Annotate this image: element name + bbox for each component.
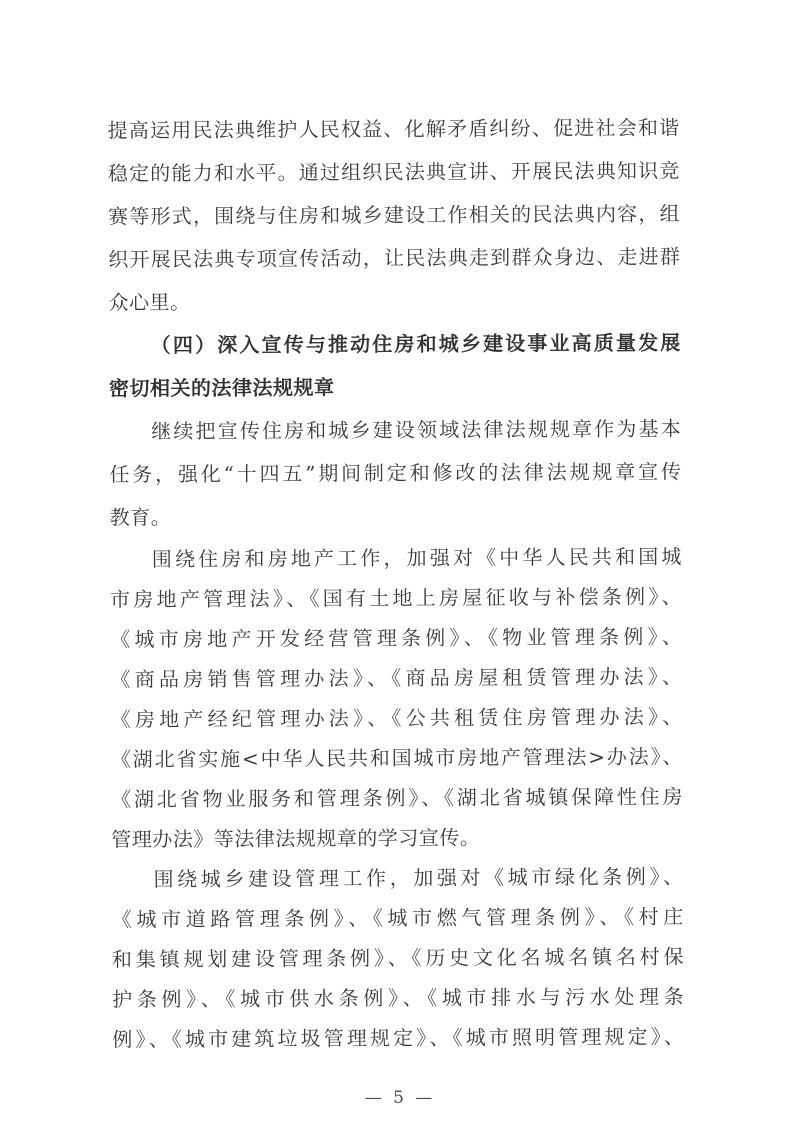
text-line: 《湖北省实施<中华人民共和国城市房地产管理法>办法》、 [111,737,683,780]
paragraph: 提高运用民法典维护人民权益、化解矛盾纠纷、促进社会和谐 稳定的能力和水平。通过组… [108,107,681,325]
text-line: 围绕城乡建设管理工作，加强对《城市绿化条例》、 [111,856,683,899]
text-line: 《房地产经纪管理办法》、《公共租赁住房管理办法》、 [111,697,683,740]
page-number: — 5 — [0,1088,800,1108]
text-line: 稳定的能力和水平。通过组织民法典宣讲、开展民法典知识竞 [108,150,680,196]
text-line: 任务，强化“十四五”期间制定和修改的法律法规规章宣传 [109,451,681,497]
paragraph: 围绕城乡建设管理工作，加强对《城市绿化条例》、 《城市道路管理条例》、《城市燃气… [111,856,684,1059]
document-content: 提高运用民法典维护人民权益、化解矛盾纠纷、促进社会和谐 稳定的能力和水平。通过组… [108,107,685,1060]
document-page: 提高运用民法典维护人民权益、化解矛盾纠纷、促进社会和谐 稳定的能力和水平。通过组… [0,0,800,1132]
text-line: 提高运用民法典维护人民权益、化解矛盾纠纷、促进社会和谐 [108,107,680,153]
section-heading: （四）深入宣传与推动住房和城乡建设事业高质量发展 密切相关的法律法规规章 [109,322,681,411]
text-line: 市房地产管理法》、《国有土地上房屋征收与补偿条例》、 [110,577,682,620]
text-line: 继续把宣传住房和城乡建设领域法律法规规章作为基本 [109,408,681,454]
paragraph: 围绕住房和房地产工作，加强对《中华人民共和国城 市房地产管理法》、《国有土地上房… [110,537,684,860]
section-heading-line: 密切相关的法律法规规章 [109,365,681,411]
paragraph: 继续把宣传住房和城乡建设领域法律法规规章作为基本 任务，强化“十四五”期间制定和… [109,408,682,540]
text-line: 护条例》、《城市供水条例》、《城市排水与污水处理条 [112,976,684,1019]
text-line: 众心里。 [108,279,680,325]
text-line: 教育。 [110,494,682,540]
text-line: 《湖北省物业服务和管理条例》、《湖北省城镇保障性住房 [111,776,683,819]
text-line: 《商品房销售管理办法》、《商品房屋租赁管理办法》、 [110,657,682,700]
text-line: 织开展民法典专项宣传活动，让民法典走到群众身边、走进群 [108,236,680,282]
text-line: 管理办法》等法律法规规章的学习宣传。 [111,816,683,859]
text-line: 围绕住房和房地产工作，加强对《中华人民共和国城 [110,537,682,580]
text-line: 和集镇规划建设管理条例》、《历史文化名城名镇名村保 [112,936,684,979]
text-line: 《城市道路管理条例》、《城市燃气管理条例》、《村庄 [112,896,684,939]
section-heading-line: （四）深入宣传与推动住房和城乡建设事业高质量发展 [109,322,681,368]
text-line: 《城市房地产开发经营管理条例》、《物业管理条例》、 [110,617,682,660]
text-line: 赛等形式，围绕与住房和城乡建设工作相关的民法典内容，组 [108,193,680,239]
text-line: 例》、《城市建筑垃圾管理规定》、《城市照明管理规定》、 [112,1016,684,1059]
